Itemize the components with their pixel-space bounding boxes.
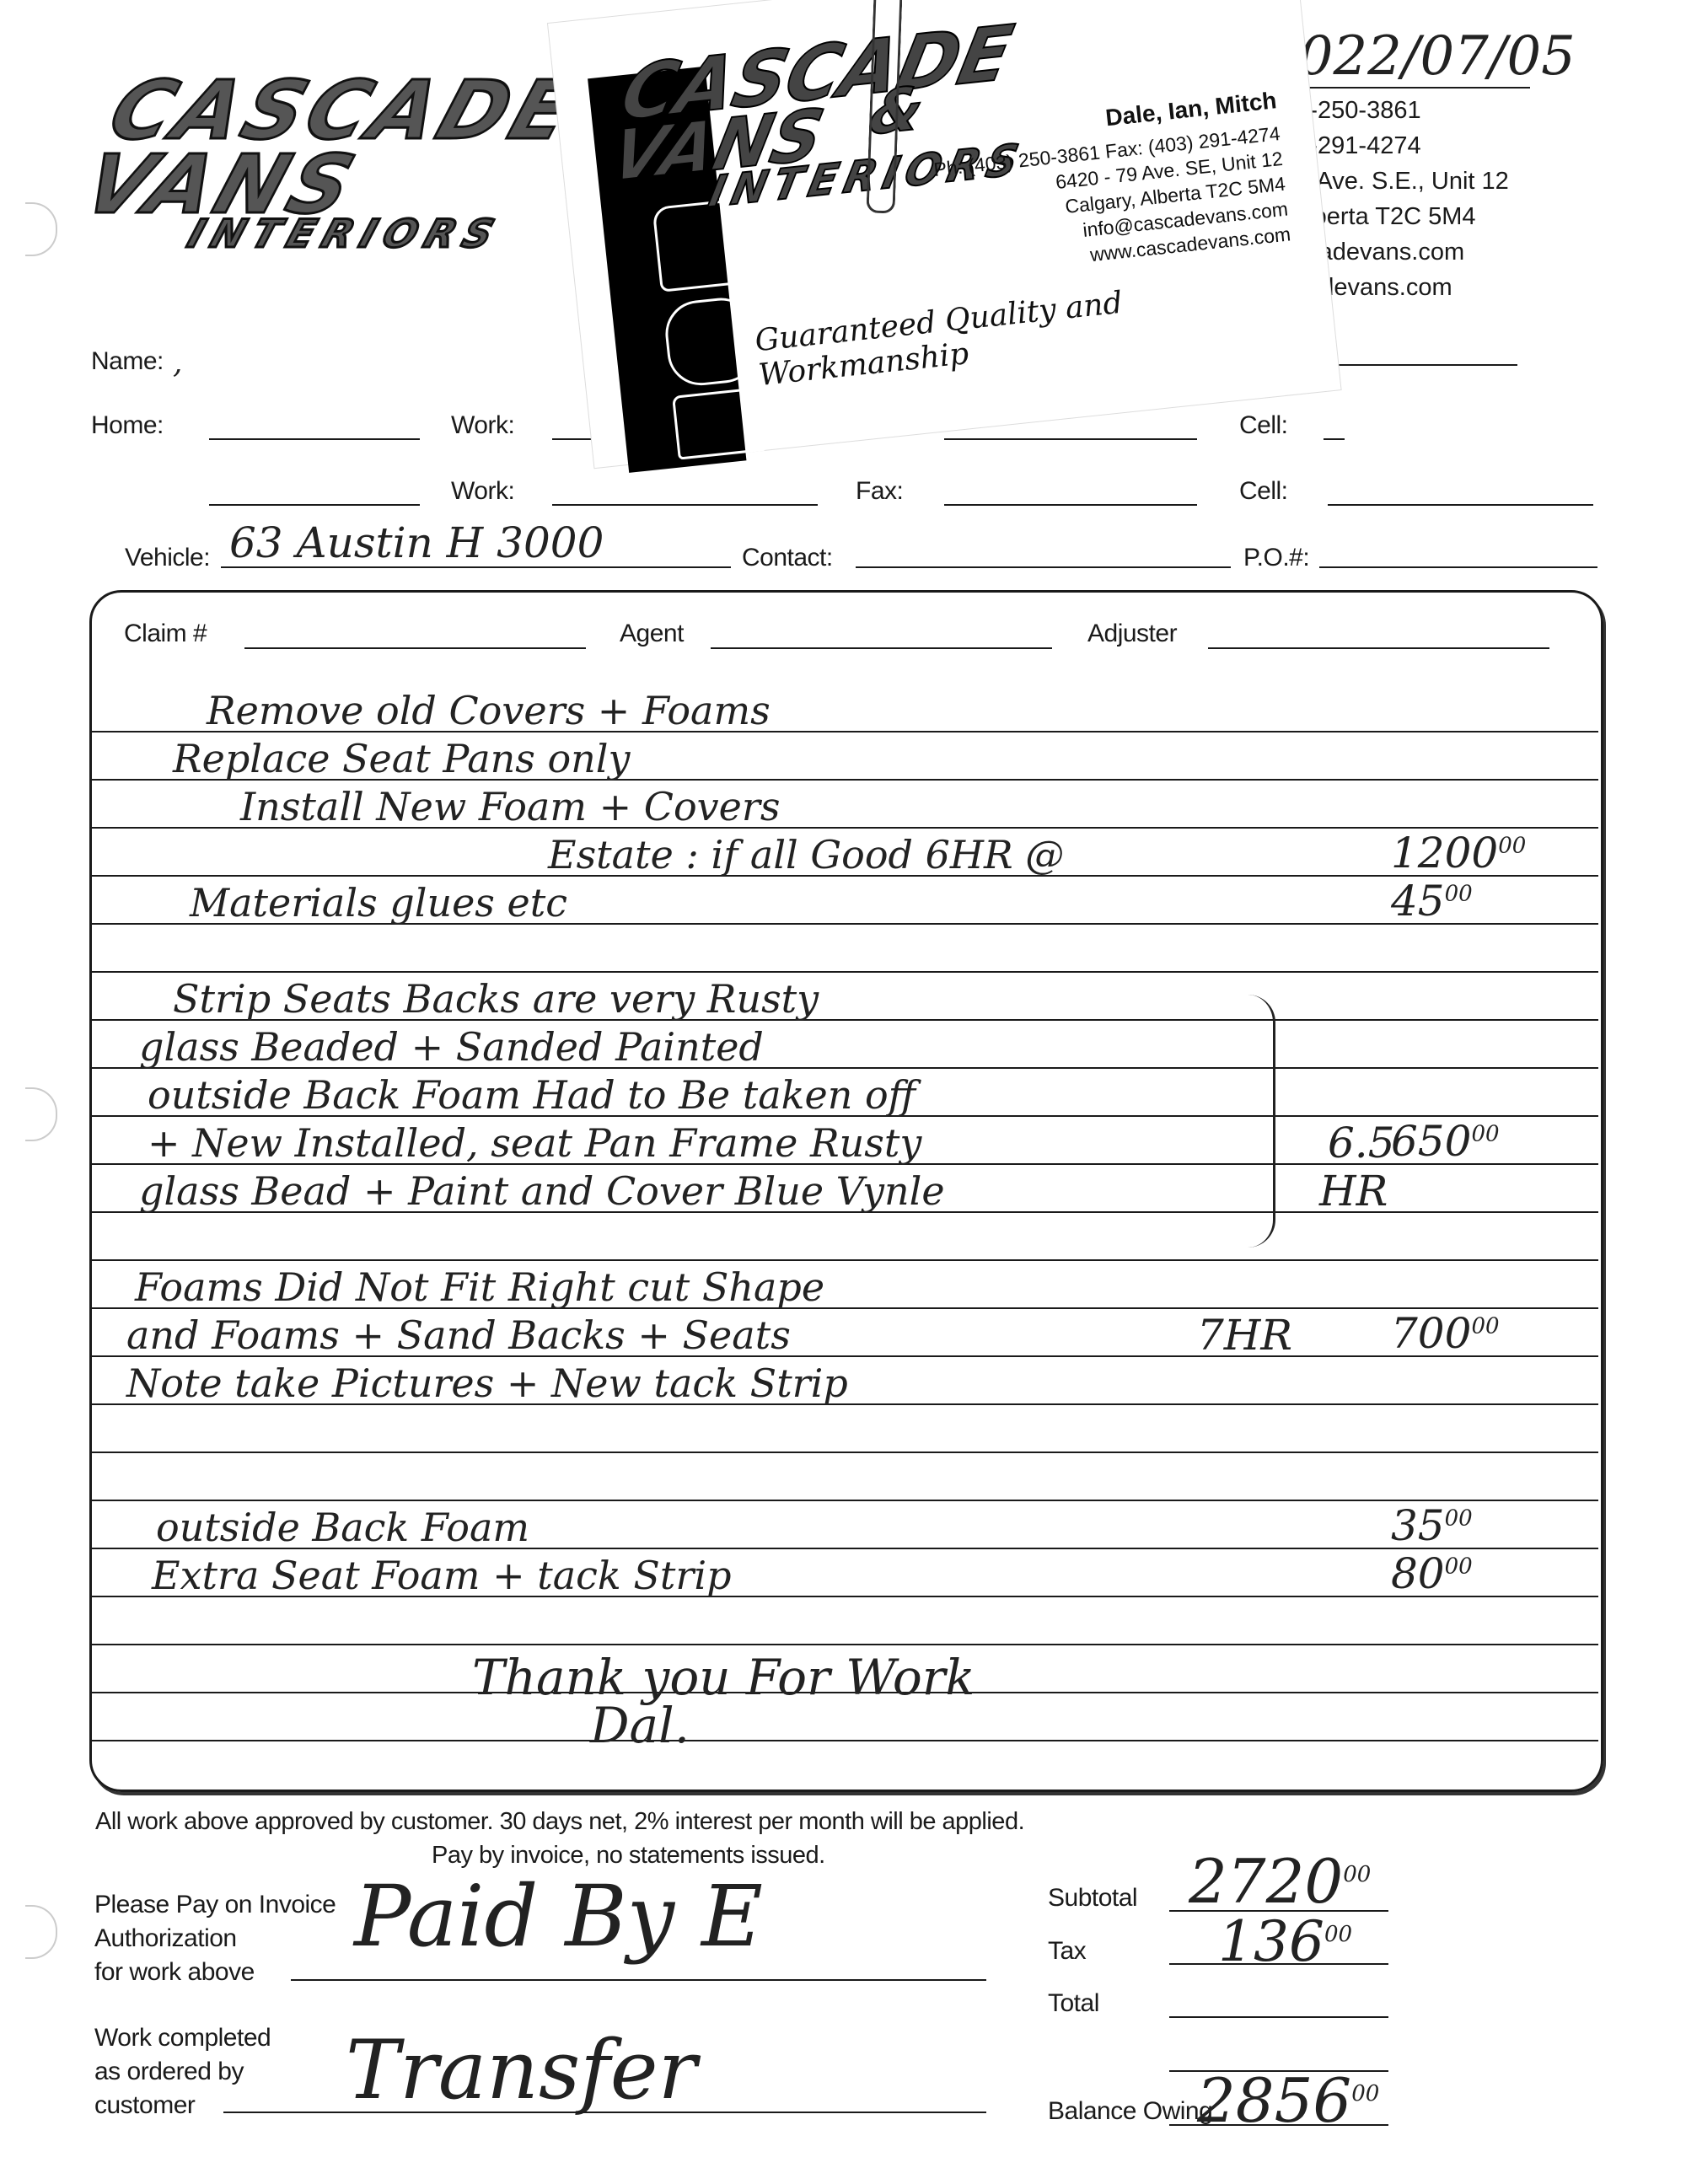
agent-label: Agent bbox=[620, 620, 684, 648]
cell-field[interactable] bbox=[1324, 438, 1345, 440]
vehicle-label: Vehicle: bbox=[125, 544, 210, 572]
cell2-label: Cell: bbox=[1239, 477, 1288, 506]
fax2-field[interactable] bbox=[944, 504, 1197, 506]
authorization-label: Please Pay on Invoice Authorization for … bbox=[94, 1888, 336, 1989]
po-field[interactable] bbox=[1319, 566, 1597, 568]
subtotal-cents: 00 bbox=[1343, 1862, 1371, 1887]
po-label: P.O.#: bbox=[1243, 544, 1309, 572]
work-line-text: + New Installed, seat Pan Frame Rusty bbox=[148, 1120, 921, 1166]
terms-line2: Pay by invoice, no statements issued. bbox=[432, 1842, 825, 1870]
work-label: Work: bbox=[451, 411, 514, 440]
ruled-line bbox=[89, 1452, 1598, 1453]
amount-value: 45 bbox=[1391, 877, 1445, 926]
agent-field[interactable] bbox=[711, 647, 1052, 649]
work-line-text: Dal. bbox=[590, 1697, 690, 1754]
work-line-text: Estate : if all Good 6HR @ bbox=[548, 832, 1064, 877]
fax2-label: Fax: bbox=[856, 477, 903, 506]
home-label: Home: bbox=[91, 411, 164, 440]
total-line[interactable] bbox=[1169, 2016, 1388, 2018]
fax-field[interactable] bbox=[944, 438, 1197, 440]
auth-label-line3: for work above bbox=[94, 1956, 336, 1989]
card-slogan: Guaranteed Quality and Workmanship bbox=[754, 264, 1335, 393]
auth-label-line2: Authorization bbox=[94, 1922, 336, 1956]
ruled-line bbox=[89, 1259, 1598, 1261]
work-line-amount: 4500 bbox=[1391, 877, 1473, 926]
work-line-text: Remove old Covers + Foams bbox=[207, 688, 771, 733]
amount-value: 650 bbox=[1391, 1117, 1471, 1166]
work-line-text: Replace Seat Pans only bbox=[173, 736, 631, 781]
work-line-amount: 3500 bbox=[1391, 1501, 1473, 1550]
tax-label: Tax bbox=[1048, 1937, 1086, 1966]
binder-hole bbox=[25, 1905, 57, 1959]
completed-label-line1: Work completed bbox=[94, 2021, 271, 2055]
authorization-signature-line[interactable] bbox=[291, 1979, 986, 1981]
work-line-text: and Foams + Sand Backs + Seats bbox=[126, 1312, 791, 1358]
home-field[interactable] bbox=[209, 438, 420, 440]
invoice-date: 2022/07/05 bbox=[1264, 25, 1576, 88]
amount-cents: 00 bbox=[1445, 1553, 1473, 1579]
ruled-line bbox=[89, 1500, 1598, 1501]
amount-value: 1200 bbox=[1391, 829, 1498, 877]
cell2-field[interactable] bbox=[1328, 504, 1593, 506]
business-card: CASCADE VANS & INTERIORS Dale, Ian, Mitc… bbox=[548, 0, 1341, 468]
company-logo: CASCADE VANS INTERIORS bbox=[80, 63, 569, 257]
work-line-hours: 6.5 bbox=[1328, 1119, 1395, 1167]
work-line-text: Install New Foam + Covers bbox=[240, 784, 780, 829]
bracket-mark bbox=[1248, 995, 1275, 1248]
cell-label: Cell: bbox=[1239, 411, 1288, 440]
work-line-text: Materials glues etc bbox=[190, 880, 567, 926]
work-line-text: outside Back Foam Had to Be taken off bbox=[148, 1072, 915, 1118]
claim-field[interactable] bbox=[244, 647, 586, 649]
terms-line1: All work above approved by customer. 30 … bbox=[95, 1808, 1024, 1836]
balance-owing-label: Balance Owing bbox=[1048, 2097, 1212, 2126]
amount-cents: 00 bbox=[1445, 881, 1473, 906]
work-line-text: Note take Pictures + New tack Strip bbox=[126, 1360, 848, 1406]
amount-value: 700 bbox=[1391, 1309, 1471, 1358]
subtotal-value: 272000 bbox=[1189, 1846, 1371, 1917]
tax-cents: 00 bbox=[1324, 1922, 1352, 1947]
work-line-text: outside Back Foam bbox=[156, 1505, 529, 1550]
amount-value: 80 bbox=[1391, 1549, 1445, 1598]
adjuster-field[interactable] bbox=[1208, 647, 1549, 649]
total-label: Total bbox=[1048, 1989, 1099, 2018]
claim-label: Claim # bbox=[124, 620, 207, 648]
binder-hole bbox=[25, 202, 57, 256]
work-line-amount: 70000 bbox=[1391, 1309, 1500, 1358]
vehicle-field[interactable] bbox=[221, 566, 731, 568]
logo-interiors: INTERIORS bbox=[182, 211, 507, 256]
balance-cents: 00 bbox=[1351, 2081, 1379, 2106]
tax-line[interactable] bbox=[1169, 1963, 1388, 1965]
completed-label: Work completed as ordered by customer bbox=[94, 2021, 271, 2122]
home2-field[interactable] bbox=[209, 504, 420, 506]
truck-icon bbox=[672, 387, 767, 460]
completed-label-line2: as ordered by bbox=[94, 2055, 271, 2089]
work2-label: Work: bbox=[451, 477, 514, 506]
work-line-amount: 65000 bbox=[1391, 1117, 1500, 1166]
completed-signature: Transfer bbox=[346, 2023, 696, 2117]
ruled-line bbox=[89, 1740, 1598, 1741]
binder-hole bbox=[25, 1087, 57, 1141]
auth-label-line1: Please Pay on Invoice bbox=[94, 1888, 336, 1922]
work-line-text: Extra Seat Foam + tack Strip bbox=[152, 1553, 732, 1598]
vehicle-value: 63 Austin H 3000 bbox=[229, 518, 604, 567]
subtotal-label: Subtotal bbox=[1048, 1884, 1137, 1913]
work-line-amount: 120000 bbox=[1391, 829, 1526, 877]
work-line-hours: 7HR bbox=[1197, 1311, 1292, 1360]
ruled-line bbox=[89, 971, 1598, 973]
subtotal-amount: 2720 bbox=[1189, 1846, 1343, 1917]
hotrod-icon bbox=[663, 295, 760, 389]
work-line-text: Thank you For Work bbox=[472, 1649, 975, 1706]
amount-cents: 00 bbox=[1471, 1313, 1499, 1339]
work2-field[interactable] bbox=[552, 504, 818, 506]
adjuster-label: Adjuster bbox=[1087, 620, 1177, 648]
authorization-signature: Paid By E bbox=[354, 1867, 763, 1966]
contact-label: Contact: bbox=[742, 544, 833, 572]
ruled-line bbox=[89, 1644, 1598, 1645]
contact-field[interactable] bbox=[856, 566, 1231, 568]
completed-signature-line[interactable] bbox=[223, 2112, 986, 2113]
work-line-amount: 8000 bbox=[1391, 1549, 1473, 1598]
work-line-text: Foams Did Not Fit Right cut Shape bbox=[135, 1264, 824, 1310]
work-line-text: Strip Seats Backs are very Rusty bbox=[173, 976, 819, 1022]
work-line-text: glass Bead + Paint and Cover Blue Vynle bbox=[139, 1168, 945, 1214]
amount-cents: 00 bbox=[1471, 1121, 1499, 1146]
amount-value: 35 bbox=[1391, 1501, 1445, 1550]
work-line-hours-unit: HR bbox=[1319, 1167, 1388, 1215]
work-line-text: glass Beaded + Sanded Painted bbox=[139, 1024, 764, 1070]
completed-label-line3: customer bbox=[94, 2089, 271, 2122]
name-value: , bbox=[173, 346, 182, 380]
amount-cents: 00 bbox=[1445, 1505, 1473, 1531]
amount-cents: 00 bbox=[1498, 833, 1526, 858]
balance-owing-line[interactable] bbox=[1169, 2124, 1388, 2126]
name-label: Name: bbox=[91, 347, 164, 376]
